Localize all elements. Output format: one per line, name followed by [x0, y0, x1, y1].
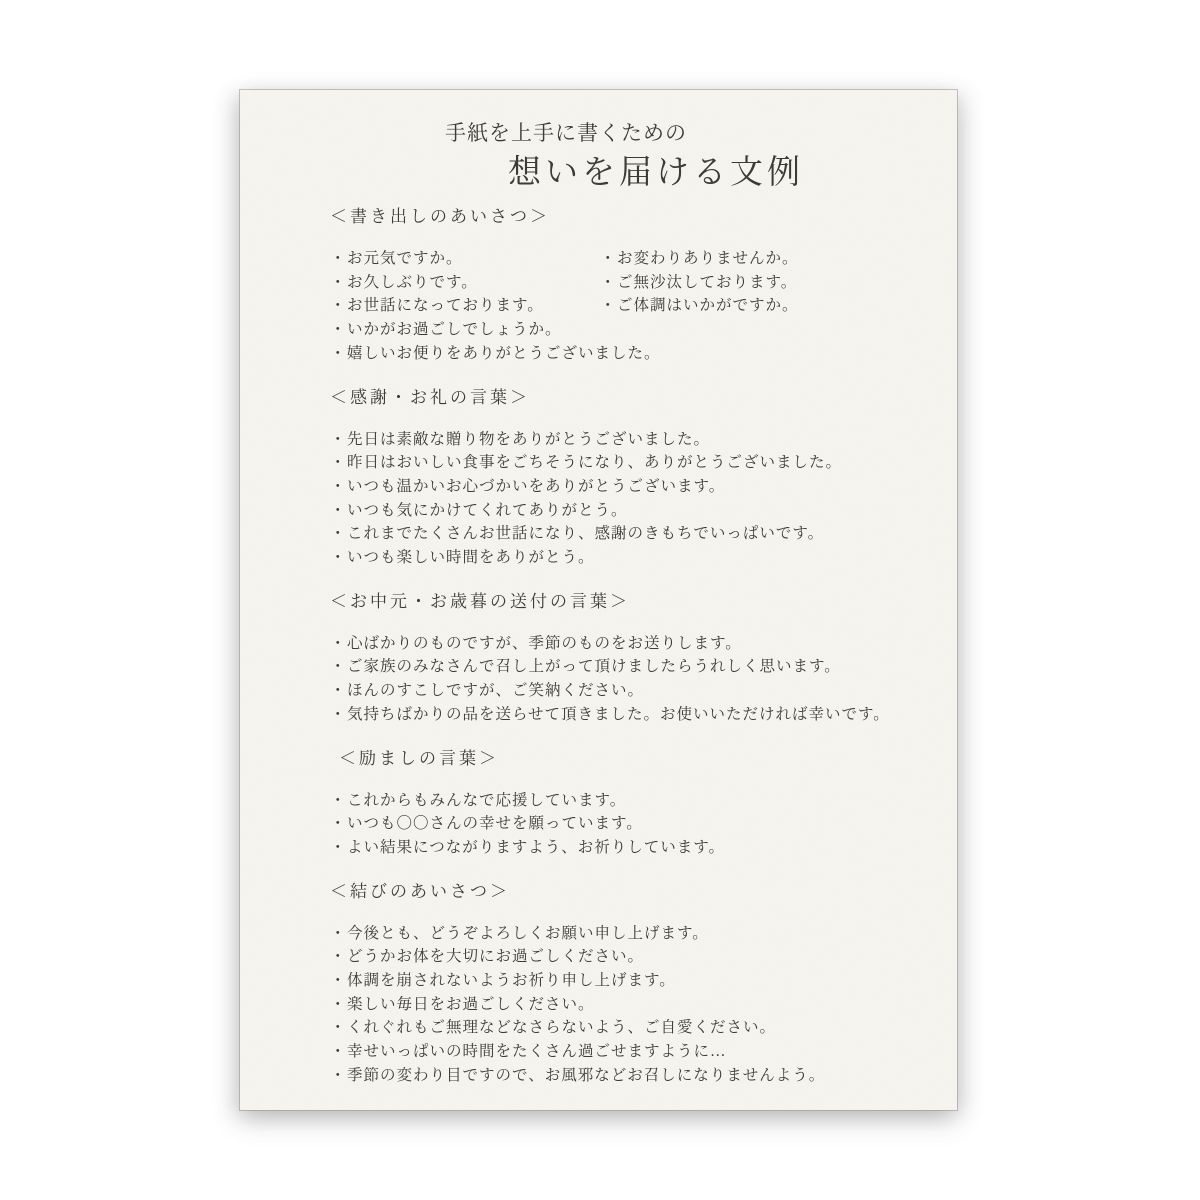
bullet-icon: ・ — [330, 679, 347, 703]
bullet-icon: ・ — [600, 271, 617, 295]
phrase-item: ・ご家族のみなさんで召し上がって頂けましたらうれしく思います。 — [330, 655, 927, 679]
bullet-icon: ・ — [330, 922, 347, 946]
section-heading: ＜結びのあいさつ＞ — [330, 880, 927, 904]
phrase-item: ・いつも気にかけてくれてありがとう。 — [330, 499, 927, 523]
phrase-item: ・いつも温かいお心づかいをありがとうございます。 — [330, 475, 927, 499]
phrase-text: どうかお体を大切にお過ごしください。 — [347, 945, 644, 969]
bullet-icon: ・ — [330, 428, 347, 452]
section-heading: ＜感謝・お礼の言葉＞ — [330, 386, 927, 410]
phrase-item: ・体調を崩されないようお祈り申し上げます。 — [330, 969, 927, 993]
bullet-icon: ・ — [330, 655, 347, 679]
phrase-item: ・どうかお体を大切にお過ごしください。 — [330, 945, 927, 969]
phrase-item: ・いかがお過ごしでしょうか。 — [330, 318, 927, 342]
bullet-icon: ・ — [330, 945, 347, 969]
phrase-text: 気持ちばかりの品を送らせて頂きました。お使いいただければ幸いです。 — [347, 703, 890, 727]
bullet-icon: ・ — [330, 294, 347, 318]
phrase-text: 体調を崩されないようお祈り申し上げます。 — [347, 969, 676, 993]
bullet-icon: ・ — [330, 522, 347, 546]
section-encouragement: ＜励ましの言葉＞ ・これからもみんなで応援しています。 ・いつも〇〇さんの幸せを… — [330, 747, 927, 860]
bullet-icon: ・ — [330, 703, 347, 727]
phrase-item: ・心ばかりのものですが、季節のものをお送りします。 — [330, 632, 927, 656]
section-heading: ＜励ましの言葉＞ — [330, 747, 927, 771]
phrase-columns: ・お元気ですか。 ・お久しぶりです。 ・お世話になっております。 ・いかがお過ご… — [330, 247, 927, 366]
bullet-icon: ・ — [330, 1064, 347, 1088]
document-subtitle: 手紙を上手に書くための — [445, 118, 957, 148]
phrase-text: お久しぶりです。 — [347, 271, 478, 295]
phrase-item: ・幸せいっぱいの時間をたくさん過ごせますように… — [330, 1040, 927, 1064]
section-gift-sending: ＜お中元・お歳暮の送付の言葉＞ ・心ばかりのものですが、季節のものをお送りします… — [330, 590, 927, 727]
bullet-icon: ・ — [330, 451, 347, 475]
phrase-item: ・ほんのすこしですが、ご笑納ください。 — [330, 679, 927, 703]
bullet-icon: ・ — [330, 993, 347, 1017]
letter-sheet: 手紙を上手に書くための 想いを届ける文例 ＜書き出しのあいさつ＞ ・お元気ですか… — [240, 90, 957, 1110]
phrase-text: これからもみんなで応援しています。 — [347, 789, 626, 813]
phrase-item: ・嬉しいお便りをありがとうございました。 — [330, 342, 927, 366]
phrase-item: ・ご体調はいかがですか。 — [600, 294, 799, 318]
bullet-icon: ・ — [330, 1016, 347, 1040]
phrase-text: 先日は素敵な贈り物をありがとうございました。 — [347, 428, 710, 452]
phrase-text: ご体調はいかがですか。 — [617, 294, 799, 318]
phrase-item: ・これまでたくさんお世話になり、感謝のきもちでいっぱいです。 — [330, 522, 927, 546]
section-opening-greetings: ＜書き出しのあいさつ＞ ・お元気ですか。 ・お久しぶりです。 ・お世話になってお… — [330, 205, 927, 366]
document-title: 想いを届ける文例 — [508, 153, 957, 193]
bullet-icon: ・ — [330, 632, 347, 656]
bullet-icon: ・ — [330, 247, 347, 271]
phrase-item: ・楽しい毎日をお過ごしください。 — [330, 993, 927, 1017]
bullet-icon: ・ — [330, 546, 347, 570]
phrase-list: ・先日は素敵な贈り物をありがとうございました。 ・昨日はおいしい食事をごちそうに… — [330, 428, 927, 570]
phrase-item: ・いつも楽しい時間をありがとう。 — [330, 546, 927, 570]
bullet-icon: ・ — [330, 969, 347, 993]
phrase-text: 心ばかりのものですが、季節のものをお送りします。 — [347, 632, 742, 656]
phrase-item: ・ご無沙汰しております。 — [600, 271, 799, 295]
bullet-icon: ・ — [600, 247, 617, 271]
phrase-text: よい結果につながりますよう、お祈りしています。 — [347, 836, 725, 860]
phrase-item: ・今後とも、どうぞよろしくお願い申し上げます。 — [330, 922, 927, 946]
phrase-text: 昨日はおいしい食事をごちそうになり、ありがとうございました。 — [347, 451, 842, 475]
phrase-text: ご家族のみなさんで召し上がって頂けましたらうれしく思います。 — [347, 655, 841, 679]
phrase-column-right: ・お変わりありませんか。 ・ご無沙汰しております。 ・ご体調はいかがですか。 — [600, 247, 799, 318]
phrase-text: 嬉しいお便りをありがとうございました。 — [347, 342, 661, 366]
phrase-text: いかがお過ごしでしょうか。 — [347, 318, 562, 342]
bullet-icon: ・ — [330, 1040, 347, 1064]
phrase-text: お世話になっております。 — [347, 294, 544, 318]
phrase-text: いつも〇〇さんの幸せを願っています。 — [347, 812, 643, 836]
phrase-text: 楽しい毎日をお過ごしください。 — [347, 993, 595, 1017]
phrase-text: 今後とも、どうぞよろしくお願い申し上げます。 — [347, 922, 709, 946]
phrase-text: 季節の変わり目ですので、お風邪などお召しになりませんよう。 — [347, 1064, 825, 1088]
phrase-item: ・くれぐれもご無理などなさらないよう、ご自愛ください。 — [330, 1016, 927, 1040]
section-thanks: ＜感謝・お礼の言葉＞ ・先日は素敵な贈り物をありがとうございました。 ・昨日はお… — [330, 386, 927, 570]
bullet-icon: ・ — [330, 499, 347, 523]
bullet-icon: ・ — [330, 475, 347, 499]
bullet-icon: ・ — [330, 836, 347, 860]
phrase-text: くれぐれもご無理などなさらないよう、ご自愛ください。 — [347, 1016, 776, 1040]
section-heading: ＜お中元・お歳暮の送付の言葉＞ — [330, 590, 927, 614]
phrase-item: ・先日は素敵な贈り物をありがとうございました。 — [330, 428, 927, 452]
phrase-list: ・今後とも、どうぞよろしくお願い申し上げます。 ・どうかお体を大切にお過ごしくだ… — [330, 922, 927, 1088]
phrase-text: 幸せいっぱいの時間をたくさん過ごせますように… — [347, 1040, 727, 1064]
phrase-text: ご無沙汰しております。 — [617, 271, 797, 295]
phrase-text: お変わりありませんか。 — [617, 247, 799, 271]
section-closing-greetings: ＜結びのあいさつ＞ ・今後とも、どうぞよろしくお願い申し上げます。 ・どうかお体… — [330, 880, 927, 1088]
phrase-text: お元気ですか。 — [347, 247, 463, 271]
bullet-icon: ・ — [330, 271, 347, 295]
phrase-item: ・これからもみんなで応援しています。 — [330, 789, 927, 813]
phrase-text: ほんのすこしですが、ご笑納ください。 — [347, 679, 644, 703]
section-heading: ＜書き出しのあいさつ＞ — [330, 205, 927, 229]
bullet-icon: ・ — [330, 342, 347, 366]
phrase-text: いつも楽しい時間をありがとう。 — [347, 546, 595, 570]
phrase-item: ・よい結果につながりますよう、お祈りしています。 — [330, 836, 927, 860]
phrase-text: これまでたくさんお世話になり、感謝のきもちでいっぱいです。 — [347, 522, 824, 546]
phrase-text: いつも気にかけてくれてありがとう。 — [347, 499, 628, 523]
phrase-item: ・季節の変わり目ですので、お風邪などお召しになりませんよう。 — [330, 1064, 927, 1088]
bullet-icon: ・ — [600, 294, 617, 318]
phrase-item: ・昨日はおいしい食事をごちそうになり、ありがとうございました。 — [330, 451, 927, 475]
phrase-item: ・気持ちばかりの品を送らせて頂きました。お使いいただければ幸いです。 — [330, 703, 927, 727]
bullet-icon: ・ — [330, 789, 347, 813]
bullet-icon: ・ — [330, 812, 347, 836]
phrase-item: ・いつも〇〇さんの幸せを願っています。 — [330, 812, 927, 836]
bullet-icon: ・ — [330, 318, 347, 342]
phrase-item: ・お変わりありませんか。 — [600, 247, 799, 271]
phrase-list: ・心ばかりのものですが、季節のものをお送りします。 ・ご家族のみなさんで召し上が… — [330, 632, 927, 727]
phrase-list: ・これからもみんなで応援しています。 ・いつも〇〇さんの幸せを願っています。 ・… — [330, 789, 927, 860]
phrase-text: いつも温かいお心づかいをありがとうございます。 — [347, 475, 725, 499]
